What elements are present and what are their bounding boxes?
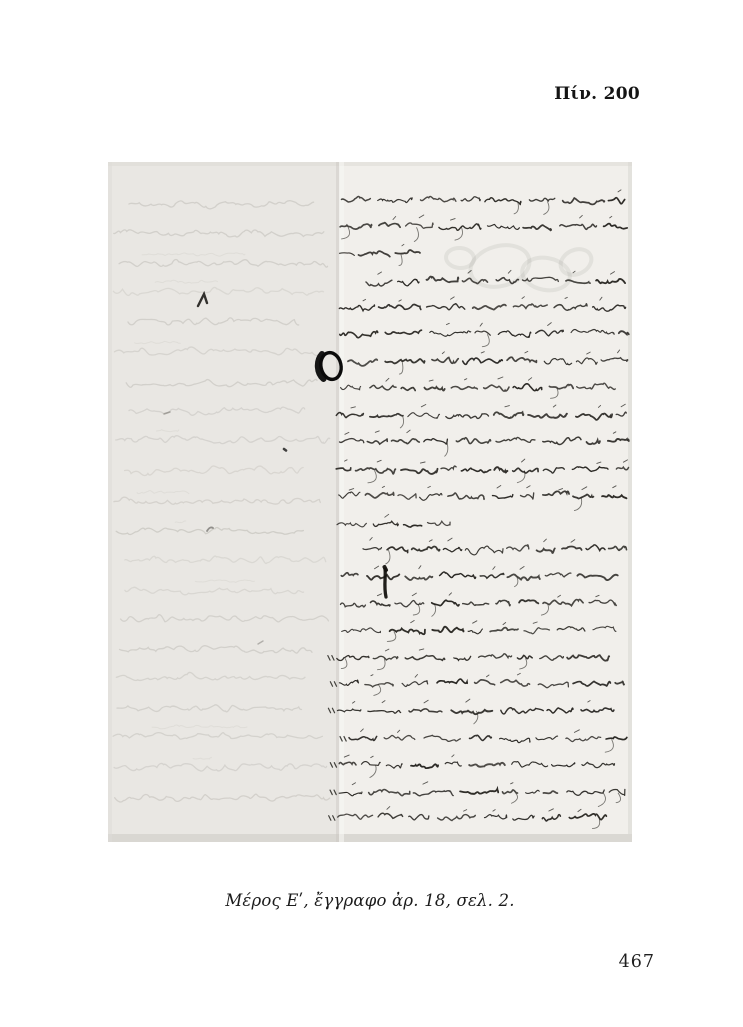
folio-page-number: 467: [619, 952, 655, 972]
plate-number-label: Πίν. 200: [554, 84, 640, 104]
figure-caption: Μέρος Εʹ, ἔγγραφο ἀρ. 18, σελ. 2.: [108, 891, 632, 910]
manuscript-scan-svg: [108, 162, 632, 842]
manuscript-photo: [108, 162, 632, 842]
